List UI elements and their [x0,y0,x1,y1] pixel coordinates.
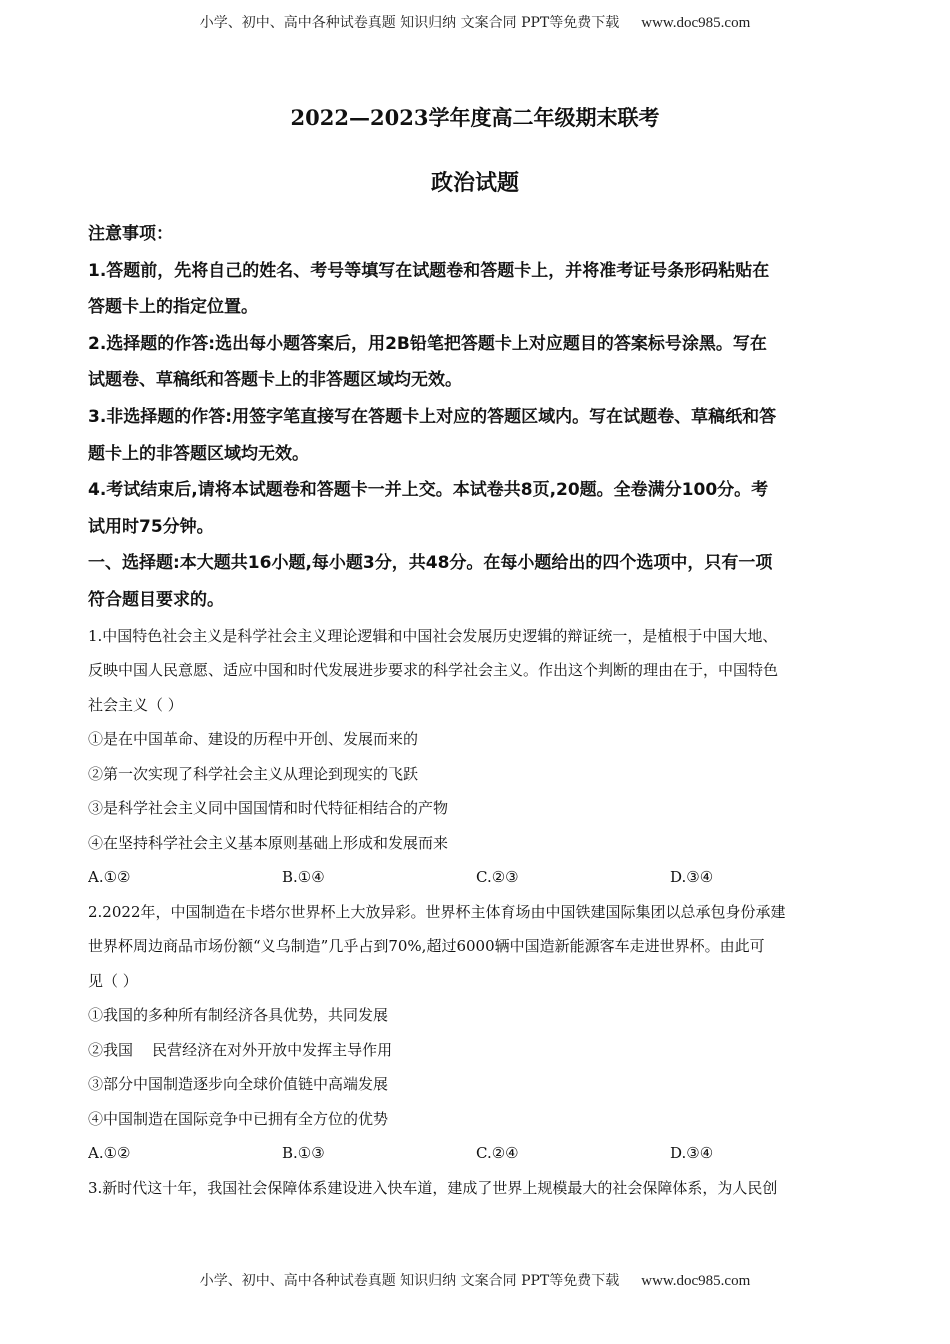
statement: ②第一次实现了科学社会主义从理论到现实的飞跃 [88,757,868,792]
exam-title: 2022—2023学年度高二年级期末联考 [0,102,950,132]
option-c: C.②③ [476,860,670,895]
notice-line: 试题卷、草稿纸和答题卡上的非答题区域均无效。 [88,362,868,399]
notice-heading: 注意事项： [88,216,868,253]
statement: ③部分中国制造逐步向全球价值链中高端发展 [88,1067,868,1102]
statement: ④在坚持科学社会主义基本原则基础上形成和发展而来 [88,826,868,861]
notice-line: 2.选择题的作答:选出每小题答案后，用2B铅笔把答题卡上对应题目的答案标号涂黑。… [88,326,868,363]
header-text: 小学、初中、高中各种试卷真题 知识归纳 文案合同 PPT等免费下载 [200,15,620,31]
question-stem: 3.新时代这十年，我国社会保障体系建设进入快车道，建成了世界上规模最大的社会保障… [88,1171,868,1206]
option-d: D.③④ [670,860,864,895]
section-heading: 一、选择题:本大题共16小题,每小题3分，共48分。在每小题给出的四个选项中，只… [88,545,868,582]
question-stem: 2.2022年，中国制造在卡塔尔世界杯上大放异彩。世界杯主体育场由中国铁建国际集… [88,895,868,930]
page-footer: 小学、初中、高中各种试卷真题 知识归纳 文案合同 PPT等免费下载www.doc… [0,1270,950,1290]
answer-options: A.①② B.①③ C.②④ D.③④ [88,1136,868,1171]
notice-line: 1.答题前，先将自己的姓名、考号等填写在试题卷和答题卡上，并将准考证号条形码粘贴… [88,253,868,290]
page-header: 小学、初中、高中各种试卷真题 知识归纳 文案合同 PPT等免费下载www.doc… [0,12,950,32]
question-2: 2.2022年，中国制造在卡塔尔世界杯上大放异彩。世界杯主体育场由中国铁建国际集… [88,895,868,1171]
option-b: B.①④ [282,860,476,895]
statement: ①我国的多种所有制经济各具优势，共同发展 [88,998,868,1033]
question-3: 3.新时代这十年，我国社会保障体系建设进入快车道，建成了世界上规模最大的社会保障… [88,1171,868,1206]
notice-section: 注意事项： 1.答题前，先将自己的姓名、考号等填写在试题卷和答题卡上，并将准考证… [88,216,868,619]
statement: ①是在中国革命、建设的历程中开创、发展而来的 [88,722,868,757]
notice-line: 题卡上的非答题区域均无效。 [88,436,868,473]
footer-url[interactable]: www.doc985.com [641,1273,750,1289]
question-stem: 见（ ） [88,964,868,999]
notice-line: 答题卡上的指定位置。 [88,289,868,326]
answer-options: A.①② B.①④ C.②③ D.③④ [88,860,868,895]
question-1: 1.中国特色社会主义是科学社会主义理论逻辑和中国社会发展历史逻辑的辩证统一，是植… [88,619,868,895]
option-a: A.①② [88,1136,282,1171]
footer-text: 小学、初中、高中各种试卷真题 知识归纳 文案合同 PPT等免费下载 [200,1273,620,1289]
section-heading: 符合题目要求的。 [88,582,868,619]
exam-subject: 政治试题 [0,166,950,197]
notice-line: 3.非选择题的作答:用签字笔直接写在答题卡上对应的答题区域内。写在试题卷、草稿纸… [88,399,868,436]
question-stem: 反映中国人民意愿、适应中国和时代发展进步要求的科学社会主义。作出这个判断的理由在… [88,653,868,688]
question-stem: 社会主义（ ） [88,688,868,723]
option-d: D.③④ [670,1136,864,1171]
document-body: 注意事项： 1.答题前，先将自己的姓名、考号等填写在试题卷和答题卡上，并将准考证… [88,216,868,1205]
notice-line: 试用时75分钟。 [88,509,868,546]
statement: ②我国 民营经济在对外开放中发挥主导作用 [88,1033,868,1068]
notice-line: 4.考试结束后,请将本试题卷和答题卡一并上交。本试卷共8页,20题。全卷满分10… [88,472,868,509]
option-c: C.②④ [476,1136,670,1171]
statement: ③是科学社会主义同中国国情和时代特征相结合的产物 [88,791,868,826]
option-a: A.①② [88,860,282,895]
option-b: B.①③ [282,1136,476,1171]
question-stem: 世界杯周边商品市场份额“义乌制造”几乎占到70%,超过6000辆中国造新能源客车… [88,929,868,964]
statement: ④中国制造在国际竞争中已拥有全方位的优势 [88,1102,868,1137]
question-stem: 1.中国特色社会主义是科学社会主义理论逻辑和中国社会发展历史逻辑的辩证统一，是植… [88,619,868,654]
header-url[interactable]: www.doc985.com [641,15,750,31]
